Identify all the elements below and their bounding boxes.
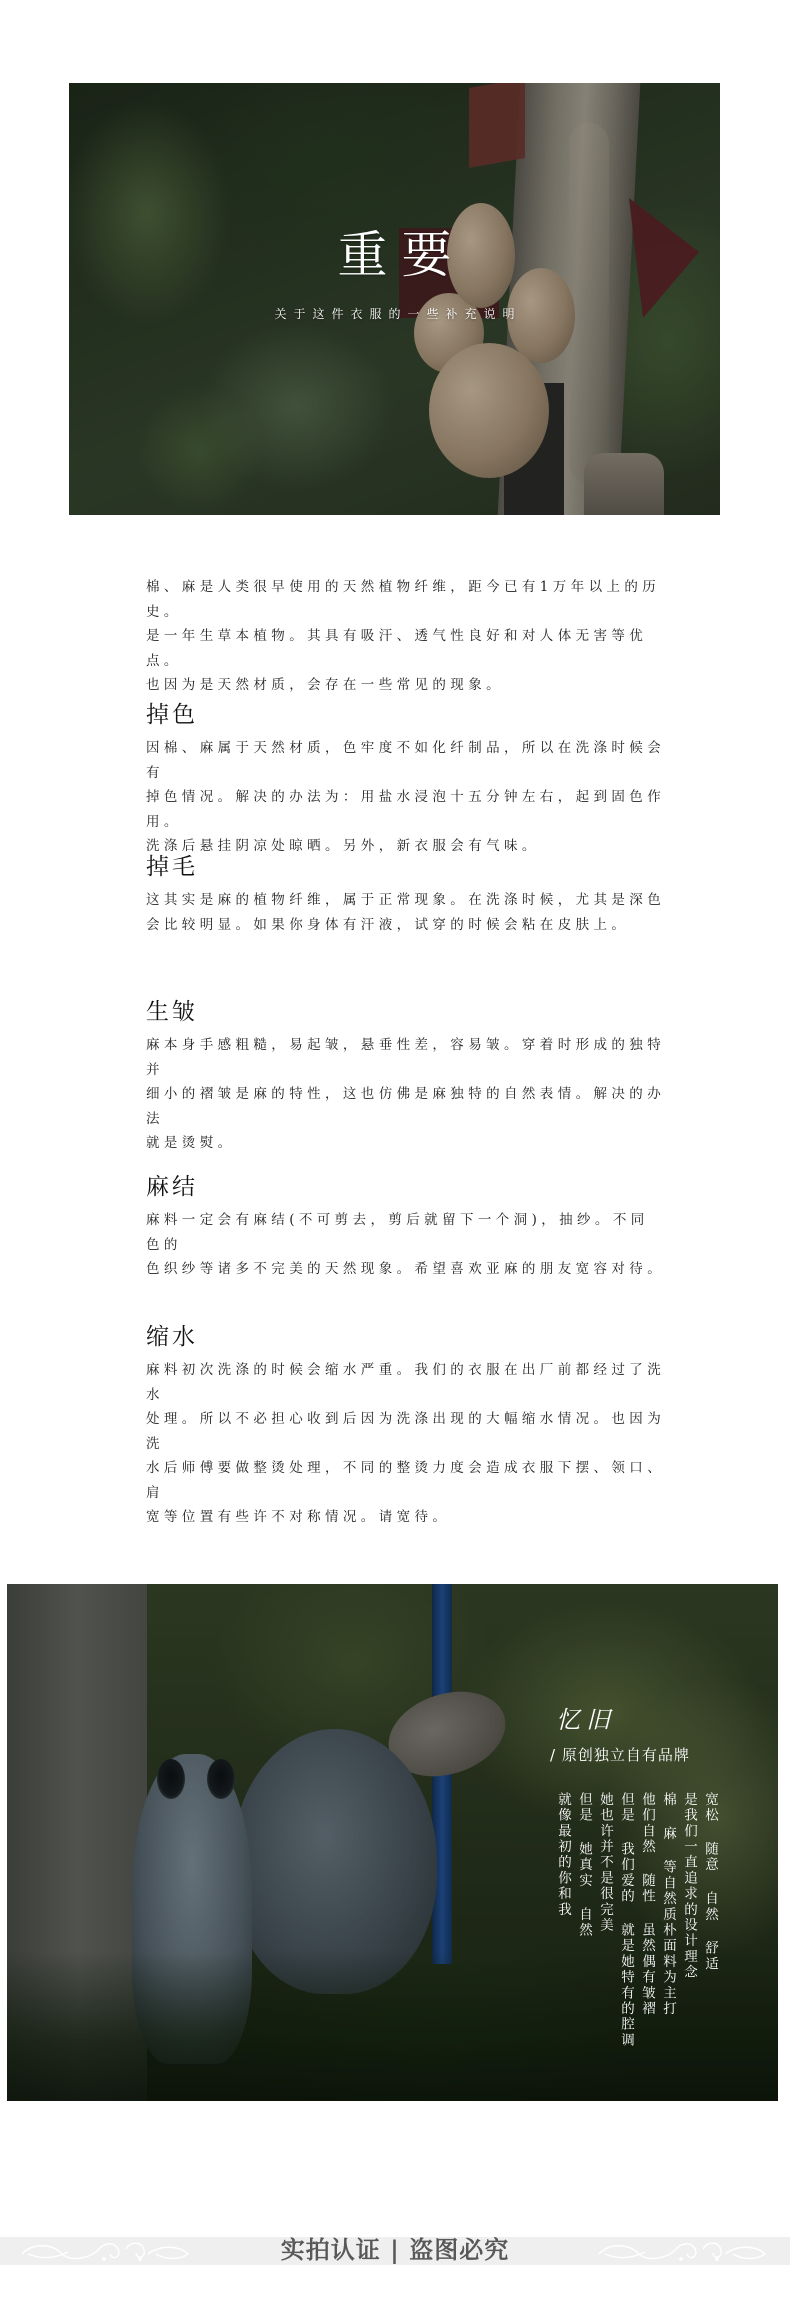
- section-title: 掉色: [146, 700, 666, 730]
- poem-column: 棉 麻 等自然质朴面料为主打: [660, 1792, 676, 2072]
- section-shedding: 掉毛 这其实是麻的植物纤维，属于正常现象。在洗涤时候，尤其是深色 会比较明显。如…: [146, 852, 666, 937]
- section-shrinkage: 缩水 麻料初次洗涤的时候会缩水严重。我们的衣服在出厂前都经过了洗水 处理。所以不…: [146, 1322, 666, 1530]
- poem-column: 宽松 随意 自然 舒适: [702, 1792, 718, 2072]
- poem-column: 就像最初的你和我: [555, 1792, 571, 2072]
- brand-name: 忆旧: [556, 1706, 616, 1734]
- section-text: 麻料一定会有麻结(不可剪去，剪后就留下一个洞)，抽纱。不同色的 色织纱等诸多不完…: [146, 1208, 666, 1282]
- section-text: 因棉、麻属于天然材质，色牢度不如化纤制品，所以在洗涤时候会有 掉色情况。解决的办…: [146, 736, 666, 859]
- care-instructions: 棉、麻是人类很早使用的天然植物纤维，距今已有1万年以上的历史。 是一年生草本植物…: [146, 575, 666, 698]
- section-title: 生皱: [146, 997, 666, 1027]
- section-title: 麻结: [146, 1172, 666, 1202]
- authenticity-banner: 实拍认证 | 盗图必究: [0, 2237, 790, 2265]
- section-fading: 掉色 因棉、麻属于天然材质，色牢度不如化纤制品，所以在洗涤时候会有 掉色情况。解…: [146, 700, 666, 859]
- flourish-ornament-icon: [595, 2237, 770, 2263]
- brand-poem: 宽松 随意 自然 舒适 是我们一直追求的设计理念 棉 麻 等自然质朴面料为主打 …: [548, 1792, 718, 2072]
- section-text: 这其实是麻的植物纤维，属于正常现象。在洗涤时候，尤其是深色 会比较明显。如果你身…: [146, 888, 666, 937]
- photo-overlay: [69, 83, 720, 515]
- poem-column: 是我们一直追求的设计理念: [681, 1792, 697, 2072]
- section-text: 麻料初次洗涤的时候会缩水严重。我们的衣服在出厂前都经过了洗水 处理。所以不必担心…: [146, 1358, 666, 1530]
- section-title: 缩水: [146, 1322, 666, 1352]
- poem-column: 但是 她真实 自然: [576, 1792, 592, 2072]
- poem-column: 他们自然 随性 虽然偶有皱褶: [639, 1792, 655, 2072]
- section-title: 掉毛: [146, 852, 666, 882]
- hero-subtitle: 关于这件衣服的一些补充说明: [69, 306, 720, 322]
- section-wrinkling: 生皱 麻本身手感粗糙，易起皱，悬垂性差，容易皱。穿着时形成的独特并 细小的褶皱是…: [146, 997, 666, 1156]
- intro-paragraph: 棉、麻是人类很早使用的天然植物纤维，距今已有1万年以上的历史。 是一年生草本植物…: [146, 575, 666, 698]
- section-text: 麻本身手感粗糙，易起皱，悬垂性差，容易皱。穿着时形成的独特并 细小的褶皱是麻的特…: [146, 1033, 666, 1156]
- poem-column: 她也许并不是很完美: [597, 1792, 613, 2072]
- poem-column: 但是 我们爱的 就是她特有的腔调: [618, 1792, 634, 2072]
- brand-tagline: / 原创独立自有品牌: [550, 1746, 690, 1764]
- section-slubs: 麻结 麻料一定会有麻结(不可剪去，剪后就留下一个洞)，抽纱。不同色的 色织纱等诸…: [146, 1172, 666, 1282]
- hero-banner: 重要 关于这件衣服的一些补充说明: [69, 83, 720, 515]
- hero-title: 重要: [69, 225, 720, 285]
